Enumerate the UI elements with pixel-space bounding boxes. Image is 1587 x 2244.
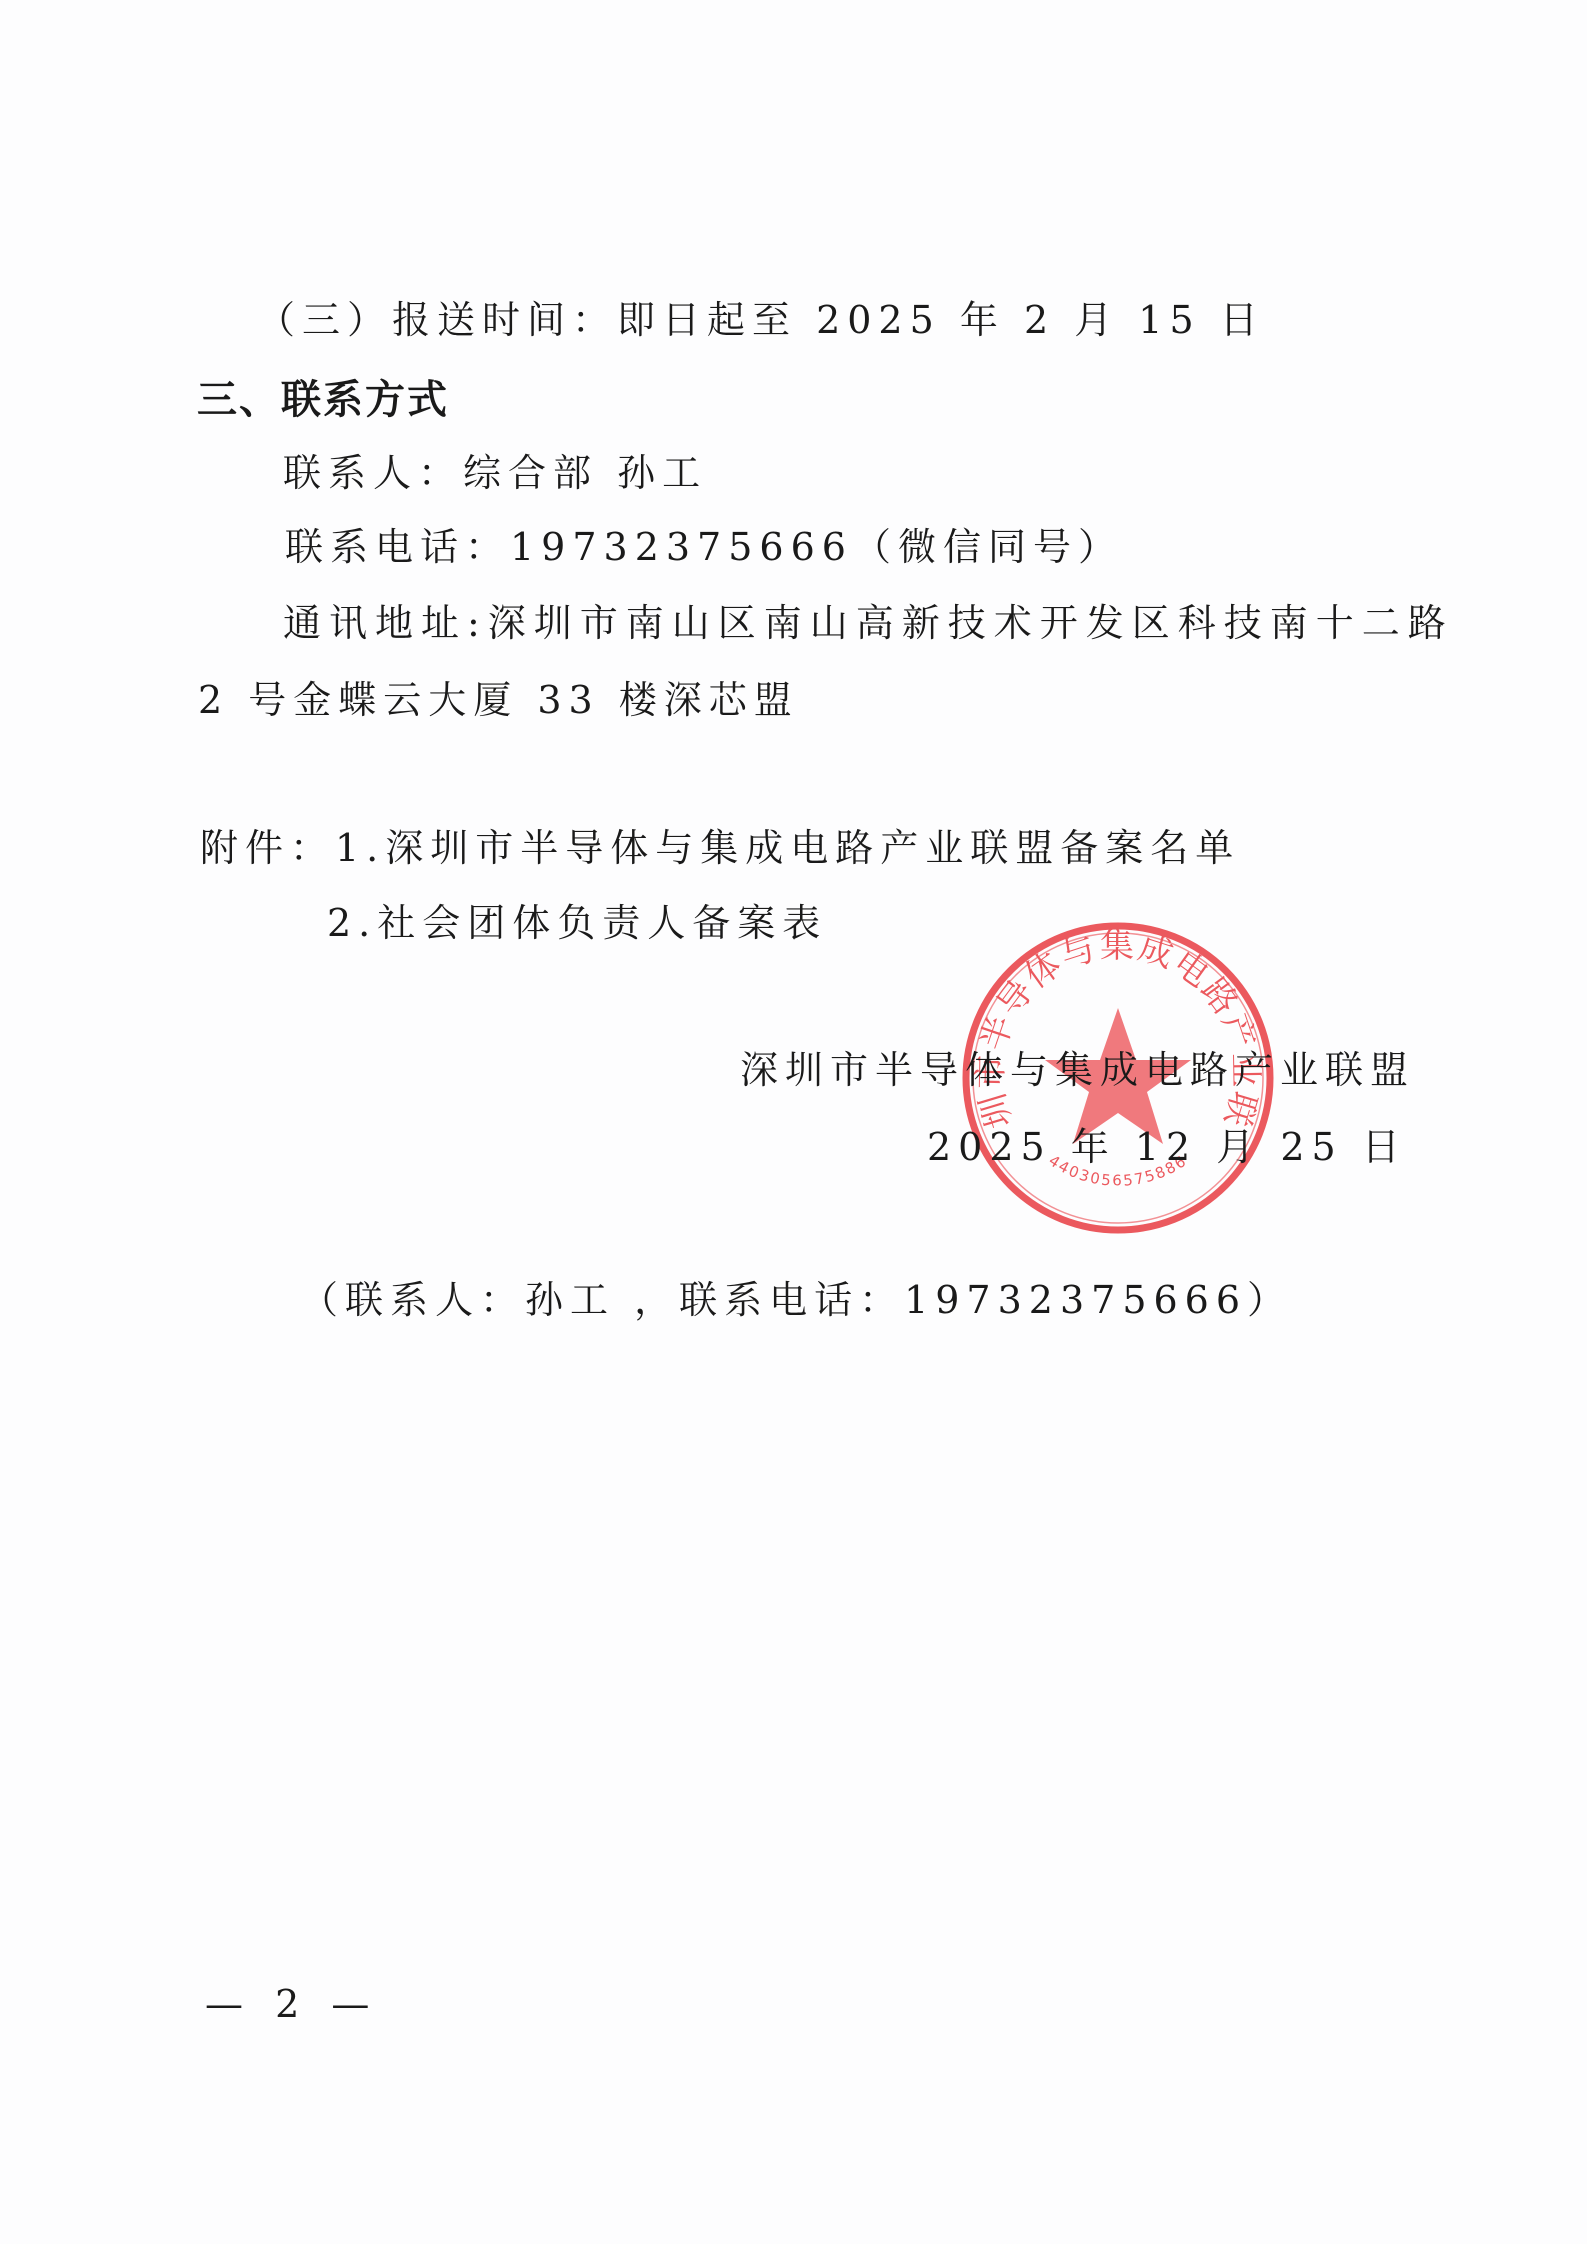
address-line-1: 通讯地址:深圳市南山区南山高新技术开发区科技南十二路 [283,599,1454,647]
section-heading-contact: 三、联系方式 [197,376,449,424]
attachment-item-2: 2.社会团体负责人备案表 [327,899,827,947]
attachment-item-1: 附件：1.深圳市半导体与集成电路产业联盟备案名单 [200,824,1240,872]
contact-person-line: 联系人：综合部 孙工 [283,449,707,497]
signature-organization: 深圳市半导体与集成电路产业联盟 [740,1046,1415,1094]
page-number: — 2 — [205,1982,379,2026]
address-line-2: 2 号金蝶云大厦 33 楼深芯盟 [198,676,799,724]
contact-phone-line: 联系电话：19732375666（微信同号） [285,523,1123,571]
footer-contact-line: （联系人：孙工 ，联系电话：19732375666） [300,1276,1292,1324]
signature-date: 2025 年 12 月 25 日 [927,1123,1407,1171]
submission-time-line: （三）报送时间：即日起至 2025 年 2 月 15 日 [257,296,1265,344]
document-page: （三）报送时间：即日起至 2025 年 2 月 15 日 三、联系方式 联系人：… [0,0,1587,2244]
